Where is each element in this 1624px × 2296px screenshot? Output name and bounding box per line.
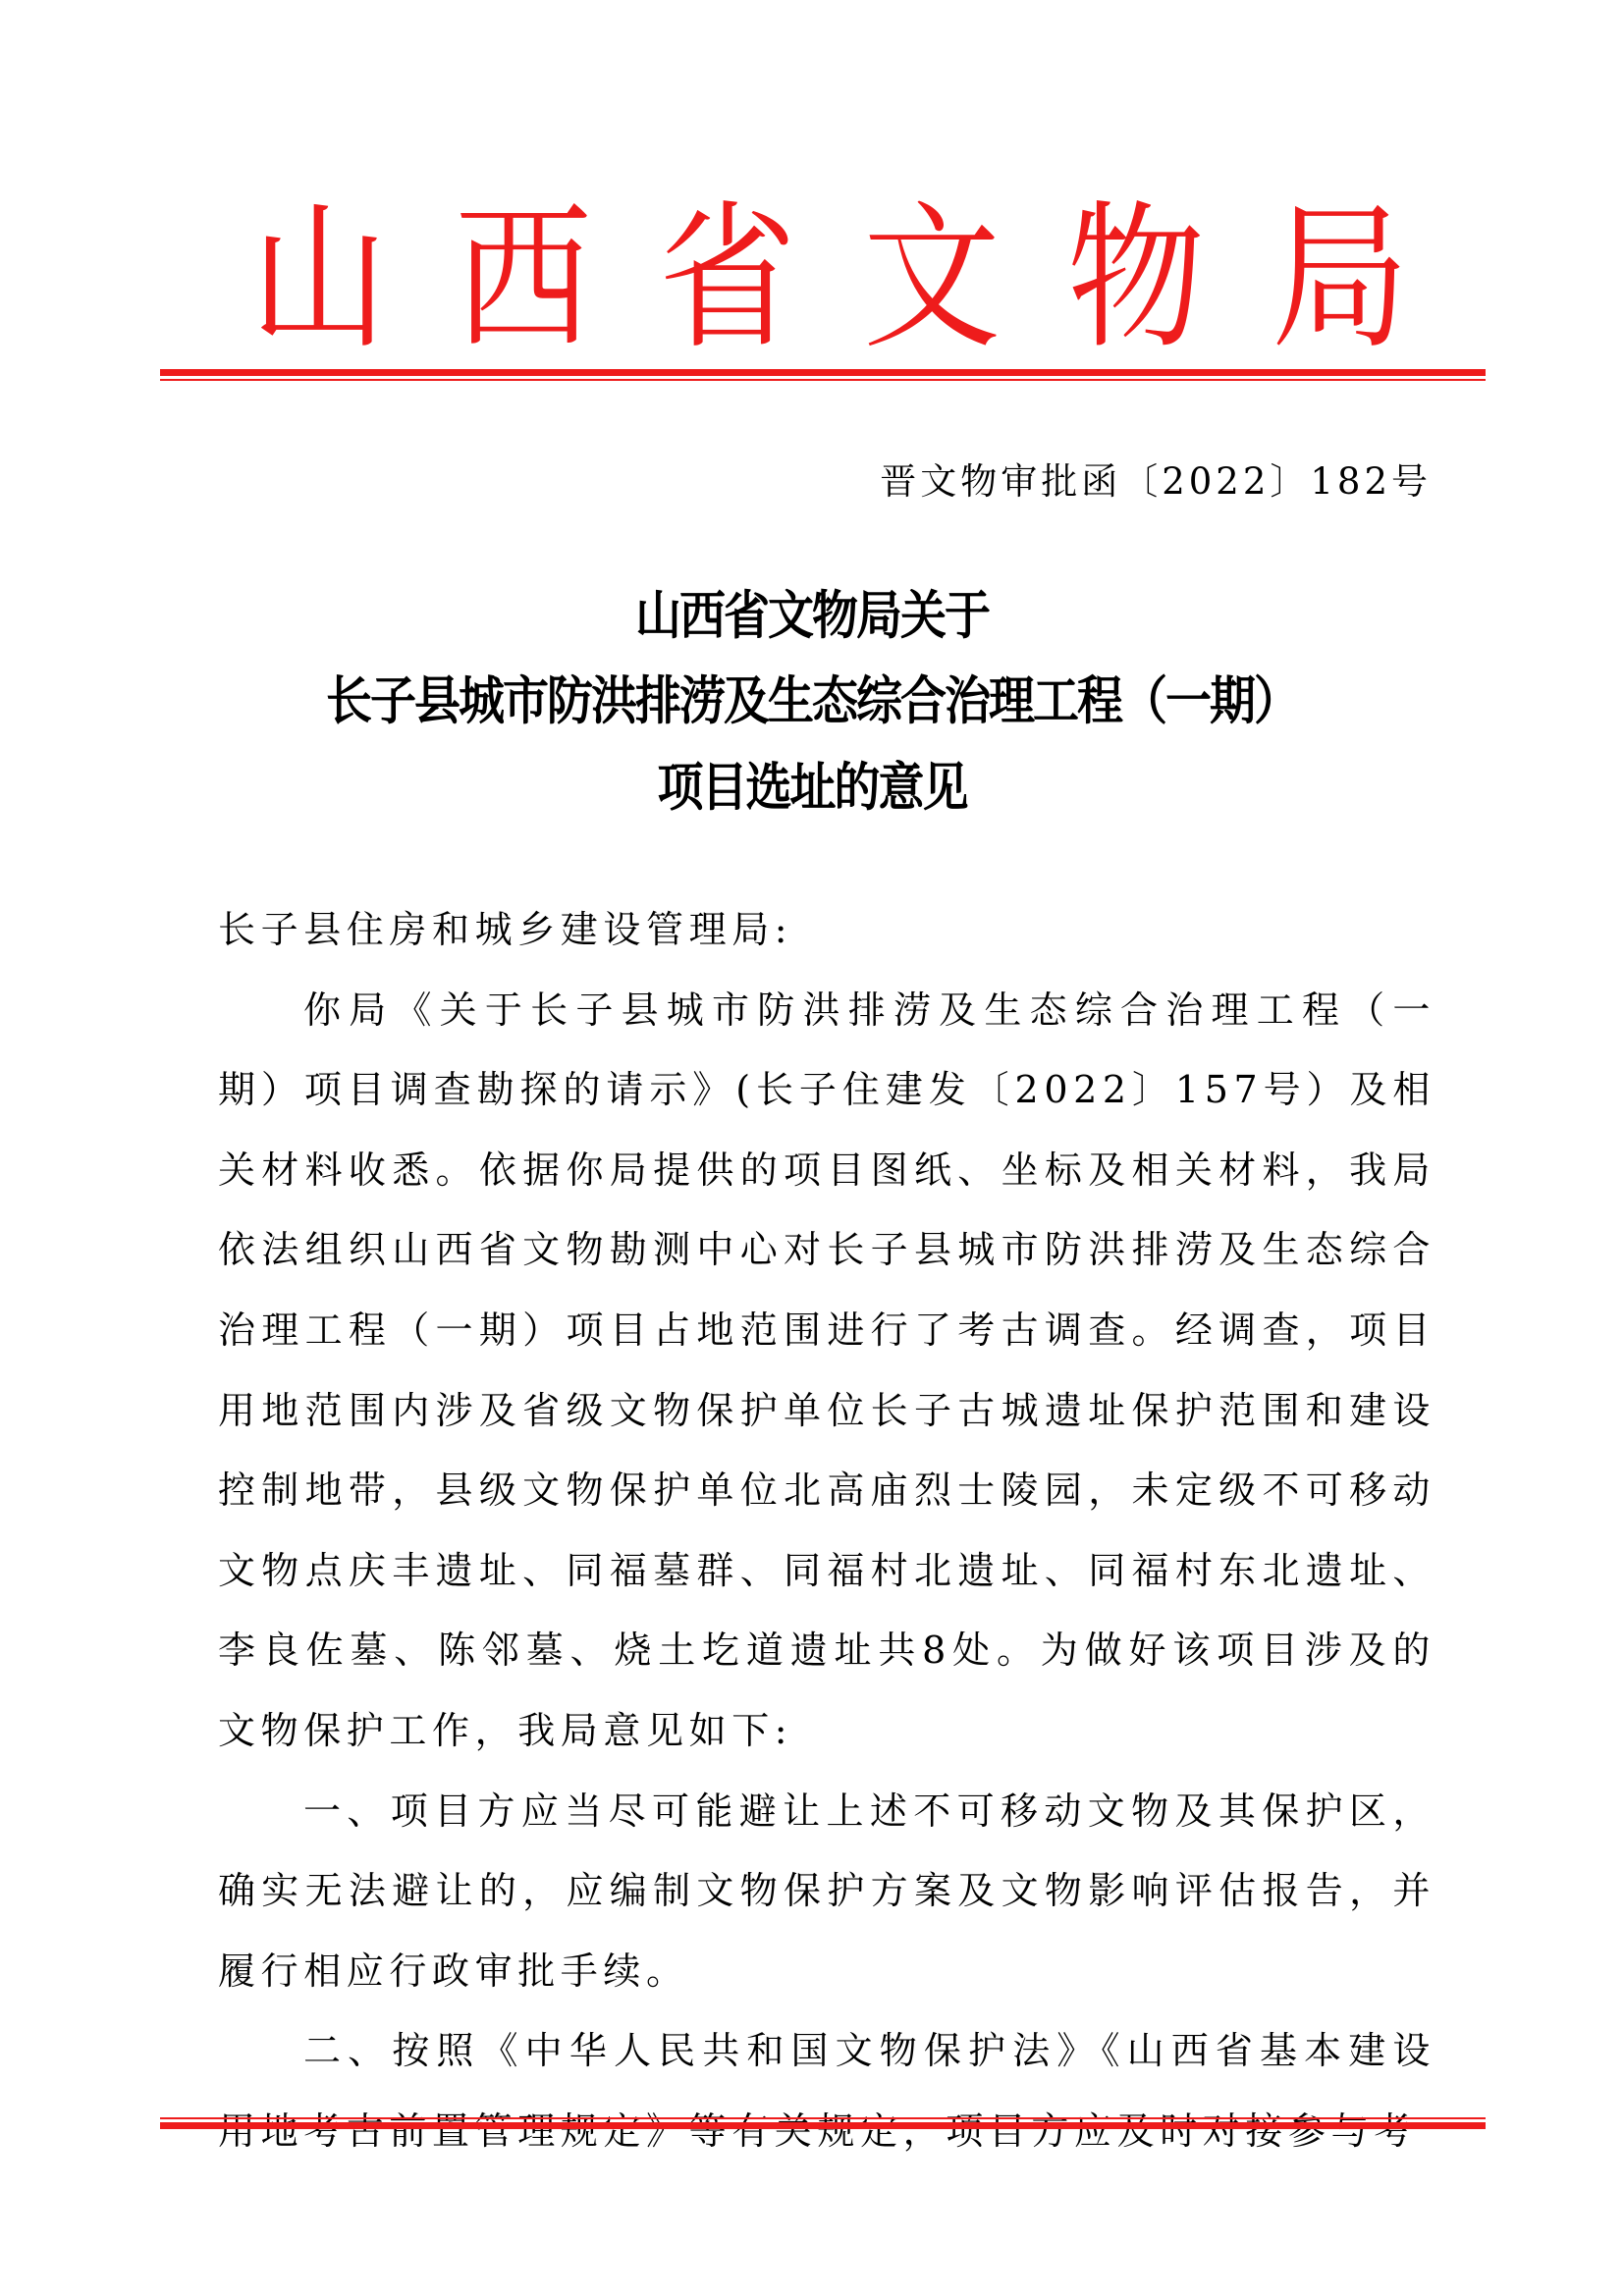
document-title-line-1: 山西省文物局关于: [0, 578, 1624, 655]
document-number: 晋文物审批函〔2022〕182号: [880, 457, 1432, 507]
body-paragraph: 你局《关于长子县城市防洪排涝及生态综合治理工程（一期）项目调查勘探的请示》(长子…: [218, 971, 1435, 1772]
letterhead-char: 文: [863, 184, 1001, 376]
body-paragraph: 一、项目方应当尽可能避让上述不可移动文物及其保护区，确实无法避让的，应编制文物保…: [218, 1772, 1435, 2012]
letterhead: 山 西 省 文 物 局: [0, 196, 1624, 363]
body-paragraph: 二、按照《中华人民共和国文物保护法》《山西省基本建设用地考古前置管理规定》等有关…: [218, 2011, 1435, 2171]
letterhead-char: 物: [1067, 184, 1205, 376]
document-body: 长子县住房和城乡建设管理局: 你局《关于长子县城市防洪排涝及生态综合治理工程（一…: [218, 890, 1435, 2172]
footer-red-rule: [160, 2117, 1486, 2129]
agency-name: 山 西 省 文 物 局: [250, 196, 1409, 363]
document-title-line-2: 长子县城市防洪排涝及生态综合治理工程（一期）: [0, 664, 1624, 740]
letterhead-char: 山: [250, 184, 388, 376]
letterhead-char: 西: [455, 184, 592, 376]
letterhead-char: 局: [1272, 184, 1409, 376]
addressee: 长子县住房和城乡建设管理局:: [218, 890, 1435, 971]
letterhead-char: 省: [659, 184, 796, 376]
document-title-line-3: 项目选址的意见: [0, 750, 1624, 827]
letterhead-red-rule: [160, 369, 1486, 381]
